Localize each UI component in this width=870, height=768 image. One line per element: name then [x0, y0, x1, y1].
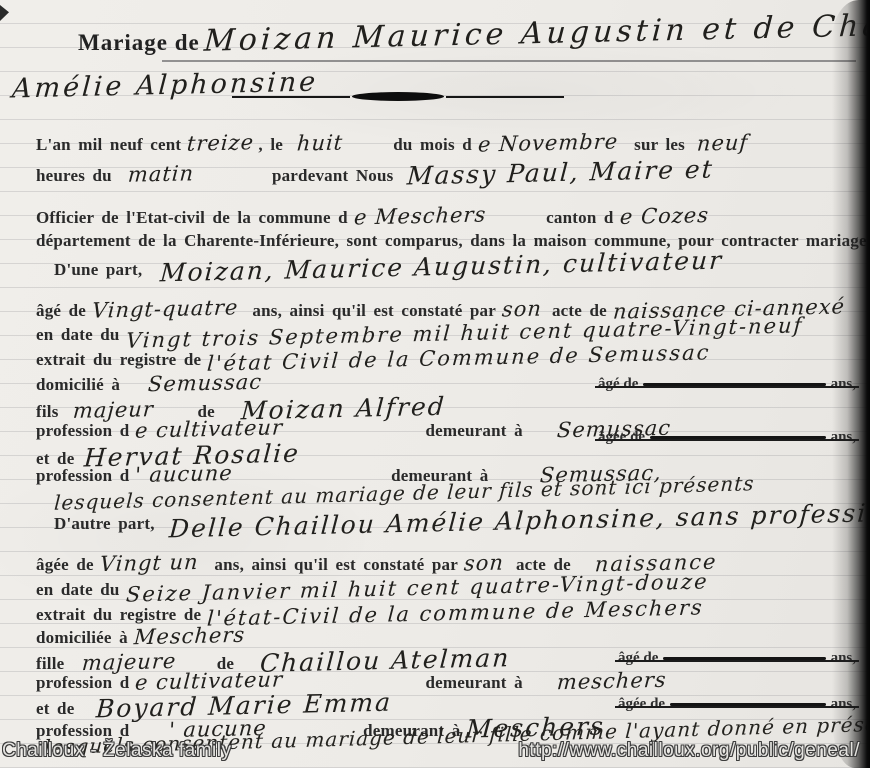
flourish-line-left — [232, 96, 350, 98]
caption-source-url: http://www.chailloux.org/public/geneal/ — [518, 740, 860, 762]
printed-constate: ans, ainsi qu'il est constaté par — [214, 555, 458, 575]
printed-officier: Officier de l'Etat-civil de la commune d — [36, 208, 348, 228]
printed-registre-label: extrait du registre de — [36, 350, 201, 370]
flourish-lens — [352, 92, 444, 101]
printed-profession: profession d — [36, 421, 129, 441]
printed-profession: profession d — [36, 673, 129, 693]
opening-line-2: heures du matin pardevant Nous Massy Pau… — [36, 158, 714, 187]
ink-flourish — [232, 92, 564, 101]
commune-line-1: Officier de l'Etat-civil de la commune d… — [36, 204, 709, 228]
caption-family-name: Chailloux - Želaska family — [2, 740, 231, 762]
printed-heures: heures du — [36, 166, 112, 186]
printed-le: , le — [258, 135, 283, 155]
groom-fullname-handwritten: Moizan, Maurice Augustin, cultivateur — [159, 246, 724, 288]
daypart-handwritten: matin — [127, 161, 195, 187]
printed-date-label: en date du — [36, 580, 120, 600]
crossed-age-label: âgée de — [598, 429, 645, 446]
printed-profession: profession d — [36, 466, 129, 486]
bride-age-handwritten: Vingt un — [99, 550, 199, 576]
flourish-line-right — [446, 96, 564, 98]
printed-dautre-part: D'autre part, — [54, 514, 155, 534]
printed-date-label: en date du — [36, 325, 120, 345]
crossed-age-label: âgé de — [618, 650, 658, 667]
strike-line — [615, 706, 859, 708]
crossed-father-age-field: âgé de ans, — [598, 376, 856, 393]
groom-registre-handwritten: l'état Civil de la Commune de Semussac — [207, 340, 712, 375]
title-printed: Mariage de — [78, 30, 200, 56]
bride-intro-line: D'autre part, Delle Chaillou Amélie Alph… — [54, 506, 870, 535]
title-groom-name: Moizan Maurice Augustin et de Chaillou — [198, 15, 870, 50]
printed-demeurant: demeurant à — [426, 421, 523, 441]
printed-registre-label: extrait du registre de — [36, 605, 201, 625]
bride-par-handwritten: son — [463, 551, 504, 576]
printed-age-label: âgée de — [36, 555, 94, 575]
strike-line — [615, 660, 859, 662]
printed-dune-part: D'une part, — [54, 260, 142, 280]
officiant-handwritten: Massy Paul, Maire et — [407, 154, 716, 190]
crossed-mother-age-field: âgée de ans, — [618, 696, 856, 713]
canton-handwritten: e Cozes — [619, 203, 710, 229]
bride-father-domicile-handwritten: meschers — [556, 668, 667, 695]
groom-par-handwritten: son — [501, 297, 542, 322]
crossed-mother-age-field: âgée de ans, — [598, 429, 856, 446]
crossed-father-age-field: âgé de ans, — [618, 650, 856, 667]
groom-age-handwritten: Vingt-quatre — [91, 295, 239, 322]
bride-date-line: en date du Seize Janvier mil huit cent q… — [36, 576, 708, 600]
printed-year-label: L'an mil neuf cent — [36, 135, 181, 155]
printed-month-label: du mois d — [393, 135, 472, 155]
opening-line-1: L'an mil neuf cent treize , le huit du m… — [36, 131, 748, 155]
commune-line-2: département de la Charente-Inférieure, s… — [36, 231, 870, 251]
printed-canton: canton d — [546, 208, 613, 228]
month-handwritten: e Novembre — [477, 129, 619, 156]
crossed-age-label: âgé de — [598, 376, 638, 393]
book-spine-shadow — [832, 0, 870, 768]
scan-corner-mark — [0, 5, 9, 21]
commune-handwritten: e Meschers — [353, 202, 487, 229]
strike-line — [595, 386, 859, 388]
printed-surles: sur les — [634, 135, 685, 155]
groom-domicile-handwritten: Semussac — [147, 370, 263, 397]
printed-age-label: âgé de — [36, 301, 86, 321]
printed-domicile-label: domiciliée à — [36, 628, 128, 648]
groom-domicile-line: domicilié à Semussac — [36, 371, 262, 395]
groom-name-handwritten: Moizan Maurice Augustin et de Chaillou — [203, 6, 870, 58]
groom-profession-line: profession d e cultivateur demeurant à S… — [36, 417, 671, 441]
groom-intro-line: D'une part, Moizan, Maurice Augustin, cu… — [54, 252, 724, 281]
printed-pardevant: pardevant Nous — [272, 166, 394, 186]
bride-registre-line: extrait du registre de l'état-Civil de l… — [36, 601, 704, 625]
groom-registre-line: extrait du registre de l'état Civil de l… — [36, 346, 711, 370]
title-rule-line — [162, 60, 856, 62]
crossed-age-label: âgée de — [618, 696, 665, 713]
scanned-marriage-record: Mariage de Moizan Maurice Augustin et de… — [0, 0, 870, 768]
bride-registre-handwritten: l'état-Civil de la commune de Meschers — [207, 595, 705, 630]
strike-line — [595, 439, 859, 441]
groom-mother-profession-handwritten: ' aucune — [135, 461, 234, 487]
bride-domicile-line: domiciliée à Meschers — [36, 624, 245, 648]
printed-departement: département de la Charente-Inférieure, s… — [36, 231, 870, 251]
title-line: Mariage de — [78, 30, 200, 56]
day-handwritten: huit — [296, 130, 344, 155]
printed-domicile-label: domicilié à — [36, 375, 120, 395]
year-handwritten: treize — [187, 130, 256, 156]
printed-constate: ans, ainsi qu'il est constaté par — [252, 301, 496, 321]
printed-demeurant: demeurant à — [426, 673, 523, 693]
hour-handwritten: neuf — [696, 130, 749, 155]
